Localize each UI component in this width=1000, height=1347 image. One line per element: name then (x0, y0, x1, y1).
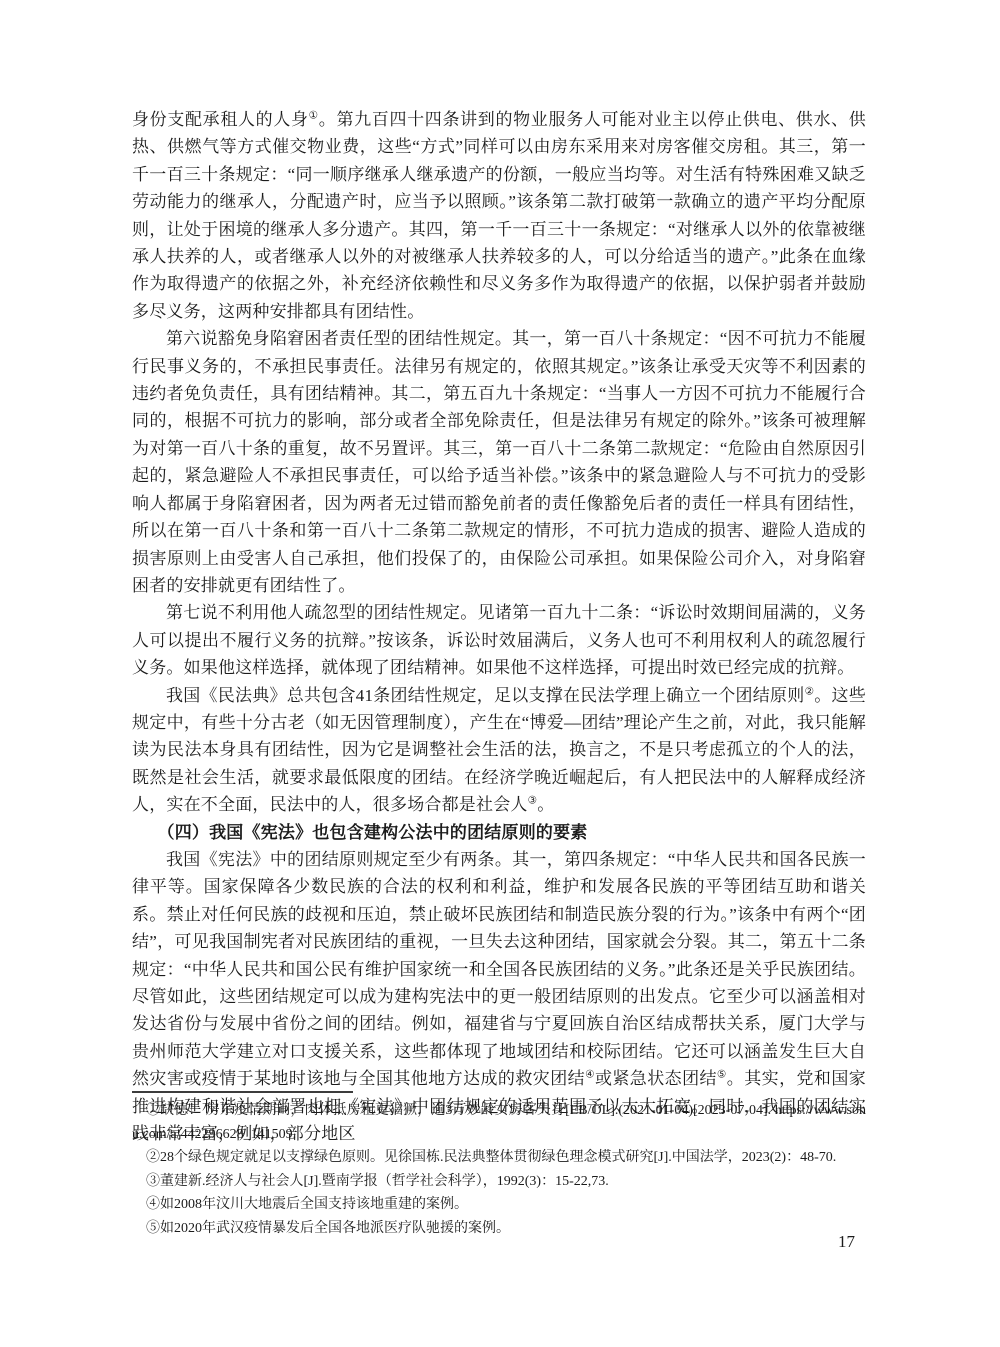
footnote: ②28个绿色规定就足以支撑绿色原则。见徐国栋.民法典整体贯彻绿色理念模式研究[J… (132, 1146, 866, 1170)
page-number: 17 (838, 1232, 855, 1252)
footnote: ④如2008年汶川大地震后全国支持该地重建的案例。 (132, 1193, 866, 1217)
body-paragraph: 身份支配承租人的人身①。第九百四十四条讲到的物业服务人可能对业主以停止供电、供水… (132, 106, 866, 325)
body-paragraph: 第六说豁免身陷窘困者责任型的团结性规定。其一，第一百八十条规定：“因不可抗力不能… (132, 325, 866, 599)
footnote-divider (132, 1091, 353, 1093)
footnote: ⑤如2020年武汉疫情暴发后全国各地派医疗队驰援的案例。 (132, 1217, 866, 1241)
footnote-ref: ④ (585, 1070, 595, 1081)
section-heading: （四）我国《宪法》也包含建构公法中的团结原则的要素 (132, 819, 866, 846)
document-page: 身份支配承租人的人身①。第九百四十四条讲到的物业服务人可能对业主以停止供电、供水… (0, 0, 1000, 1347)
footnote: ①缺德！ 房东疫情期间，肉体抵房租更猖獗，逾3万妙龄女房客失身[EB/OL].(… (132, 1099, 866, 1146)
body-paragraph: 第七说不利用他人疏忽型的团结性规定。见诸第一百九十二条：“诉讼时效期间届满的，义… (132, 599, 866, 681)
footnote: ③董建新.经济人与社会人[J].暨南学报（哲学社会科学），1992(3)：15-… (132, 1170, 866, 1194)
article-body: 身份支配承租人的人身①。第九百四十四条讲到的物业服务人可能对业主以停止供电、供水… (132, 106, 866, 1147)
footnote-ref: ⑤ (717, 1070, 727, 1081)
footnote-ref: ① (309, 110, 319, 121)
footnotes-section: ①缺德！ 房东疫情期间，肉体抵房租更猖獗，逾3万妙龄女房客失身[EB/OL].(… (132, 1099, 866, 1241)
body-paragraph: 我国《民法典》总共包含41条团结性规定，足以支撑在民法学理上确立一个团结原则②。… (132, 682, 866, 819)
footnote-ref: ③ (528, 796, 538, 807)
footnote-ref: ② (805, 686, 815, 697)
